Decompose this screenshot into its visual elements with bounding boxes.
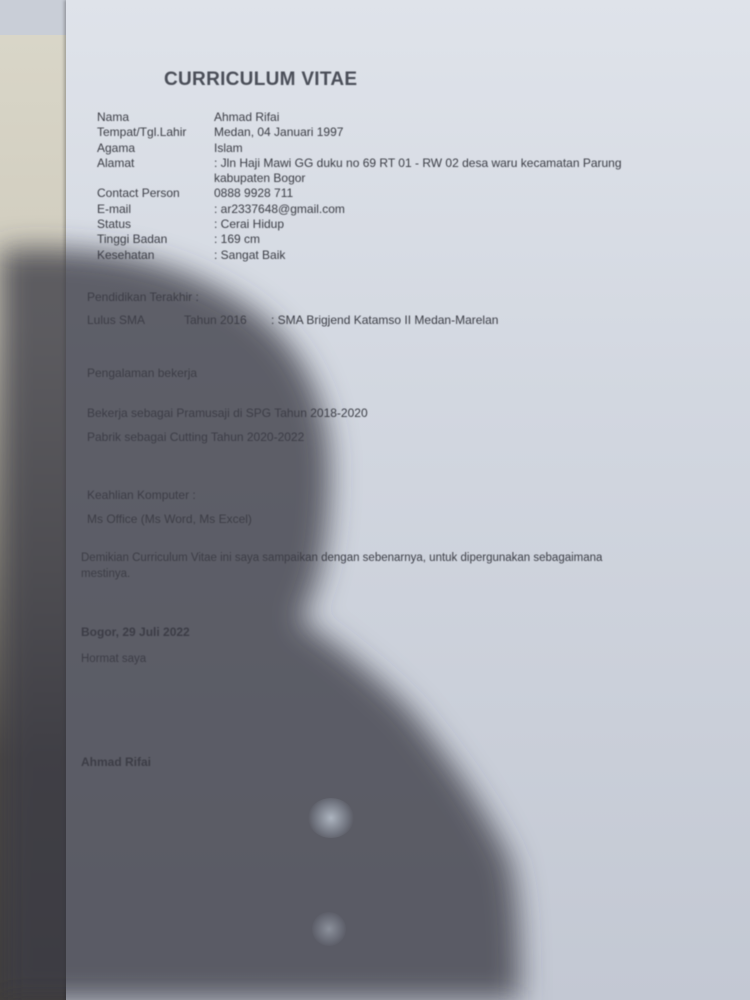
- regards: Hormat saya: [81, 653, 146, 665]
- info-row-contact: Contact Person 0888 9928 711: [97, 186, 644, 201]
- info-row-status: Status : Cerai Hidup: [97, 217, 644, 232]
- info-label: Tinggi Badan: [97, 232, 214, 247]
- closing-statement: Demikian Curriculum Vitae ini saya sampa…: [81, 550, 621, 582]
- info-value: Islam: [214, 141, 644, 156]
- personal-info: Nama Ahmad Rifai Tempat/Tgl.Lahir Medan,…: [97, 110, 644, 263]
- cv-document: CURRICULUM VITAE Nama Ahmad Rifai Tempat…: [0, 0, 750, 1000]
- info-row-address: Alamat : Jln Haji Mawi GG duku no 69 RT …: [97, 156, 644, 187]
- info-label: E-mail: [97, 202, 214, 217]
- info-value: : Sangat Baik: [214, 248, 644, 263]
- education-school: : SMA Brigjend Katamso II Medan-Marelan: [271, 313, 498, 327]
- info-value: : ar2337648@gmail.com: [214, 202, 644, 217]
- info-label: Tempat/Tgl.Lahir: [97, 125, 214, 140]
- info-row-height: Tinggi Badan : 169 cm: [97, 232, 644, 247]
- info-label: Nama: [97, 110, 214, 125]
- education-entry: Lulus SMA Tahun 2016 : SMA Brigjend Kata…: [87, 313, 498, 327]
- experience-item: Bekerja sebagai Pramusaji di SPG Tahun 2…: [87, 406, 368, 420]
- info-label: Status: [97, 217, 214, 232]
- experience-item: Pabrik sebagai Cutting Tahun 2020-2022: [87, 430, 304, 444]
- info-value: Medan, 04 Januari 1997: [214, 125, 644, 140]
- info-value: Ahmad Rifai: [214, 110, 644, 125]
- info-label: Alamat: [97, 156, 214, 187]
- info-label: Kesehatan: [97, 248, 214, 263]
- experience-heading: Pengalaman bekerja: [87, 366, 197, 380]
- info-row-birth: Tempat/Tgl.Lahir Medan, 04 Januari 1997: [97, 125, 644, 140]
- info-value: : Jln Haji Mawi GG duku no 69 RT 01 - RW…: [214, 156, 644, 187]
- light-reflection: [308, 798, 354, 838]
- signer-name: Ahmad Rifai: [81, 755, 151, 769]
- education-year: Tahun 2016: [184, 313, 271, 327]
- info-row-religion: Agama Islam: [97, 141, 644, 156]
- light-reflection: [312, 912, 346, 946]
- education-heading: Pendidikan Terakhir :: [87, 290, 199, 304]
- info-row-health: Kesehatan : Sangat Baik: [97, 248, 644, 263]
- info-label: Contact Person: [97, 186, 214, 201]
- info-value: 0888 9928 711: [214, 186, 644, 201]
- info-row-email: E-mail : ar2337648@gmail.com: [97, 202, 644, 217]
- info-label: Agama: [97, 141, 214, 156]
- skills-heading: Keahlian Komputer :: [87, 488, 196, 502]
- skill-item: Ms Office (Ms Word, Ms Excel): [87, 512, 252, 526]
- place-date: Bogor, 29 Juli 2022: [81, 625, 190, 639]
- info-value: : 169 cm: [214, 232, 644, 247]
- education-level: Lulus SMA: [87, 313, 184, 327]
- document-title: CURRICULUM VITAE: [164, 69, 357, 91]
- info-row-name: Nama Ahmad Rifai: [97, 110, 644, 125]
- info-value: : Cerai Hidup: [214, 217, 644, 232]
